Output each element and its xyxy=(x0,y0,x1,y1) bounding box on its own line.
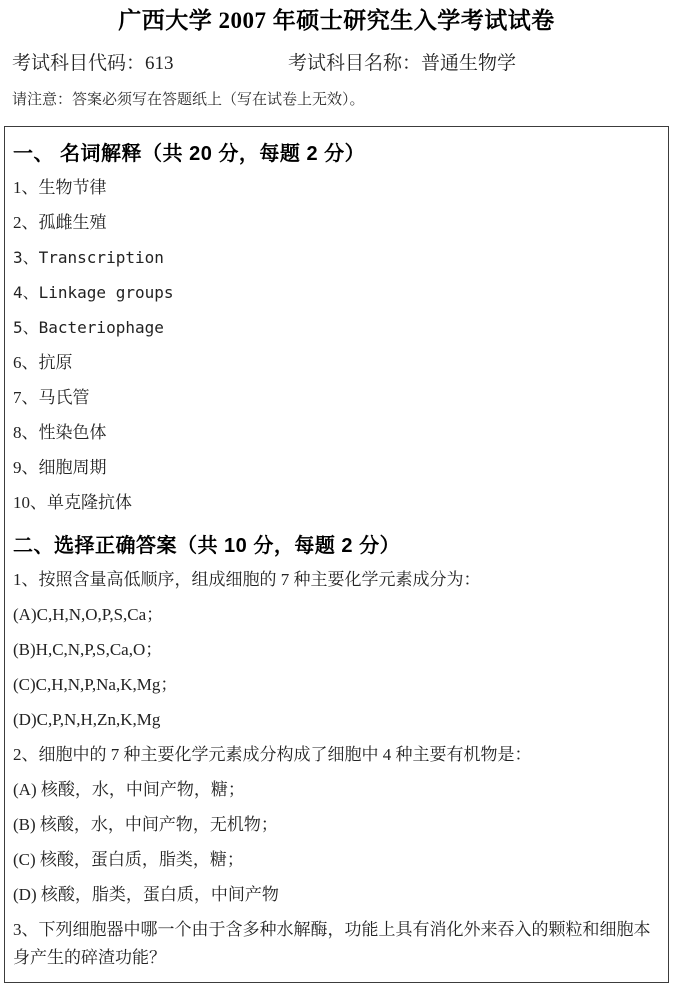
term-item: 3、Transcription xyxy=(13,244,660,272)
question-1: 1、按照含量高低顺序，组成细胞的 7 种主要化学元素成分为： (A)C,H,N,… xyxy=(11,566,660,734)
exam-content-box: 一、 名词解释（共 20 分，每题 2 分） 1、生物节律 2、孤雌生殖 3、T… xyxy=(4,126,669,983)
term-item: 6、抗原 xyxy=(13,349,660,377)
page-title: 广西大学 2007 年硕士研究生入学考试试卷 xyxy=(0,6,673,36)
question-stem: 1、按照含量高低顺序，组成细胞的 7 种主要化学元素成分为： xyxy=(13,566,660,594)
term-item: 4、Linkage groups xyxy=(13,279,660,307)
term-list: 1、生物节律 2、孤雌生殖 3、Transcription 4、Linkage … xyxy=(11,174,660,517)
subject-code: 考试科目代码：613 xyxy=(12,53,288,75)
term-item: 1、生物节律 xyxy=(13,174,660,202)
question-stem: 3、下列细胞器中哪一个由于含多种水解酶，功能上具有消化外来吞入的颗粒和细胞本身产… xyxy=(13,916,660,972)
subject-name: 考试科目名称：普通生物学 xyxy=(288,53,516,74)
option-line: (D) 核酸，脂类，蛋白质，中间产物 xyxy=(13,881,660,909)
option-line: (C) 核酸，蛋白质，脂类，糖； xyxy=(13,846,660,874)
option-line: (A)C,H,N,O,P,S,Ca； xyxy=(13,601,660,629)
option-line: (A) 核酸，水，中间产物，糖； xyxy=(13,776,660,804)
term-item: 10、单克隆抗体 xyxy=(13,489,660,517)
term-item: 8、性染色体 xyxy=(13,419,660,447)
option-line: (B)H,C,N,P,S,Ca,O； xyxy=(13,636,660,664)
term-item: 5、Bacteriophage xyxy=(13,314,660,342)
option-line: (D)C,P,N,H,Zn,K,Mg xyxy=(13,706,660,734)
exam-paper-page: 广西大学 2007 年硕士研究生入学考试试卷 考试科目代码：613考试科目名称：… xyxy=(0,6,673,989)
question-3: 3、下列细胞器中哪一个由于含多种水解酶，功能上具有消化外来吞入的颗粒和细胞本身产… xyxy=(11,916,660,972)
term-item: 9、细胞周期 xyxy=(13,454,660,482)
section-terms-heading: 一、 名词解释（共 20 分，每题 2 分） xyxy=(13,141,660,167)
section-choice-heading: 二、选择正确答案（共 10 分，每题 2 分） xyxy=(13,533,660,559)
option-line: (B) 核酸，水，中间产物，无机物； xyxy=(13,811,660,839)
subject-info-row: 考试科目代码：613考试科目名称：普通生物学 xyxy=(12,53,673,75)
question-stem: 2、细胞中的 7 种主要化学元素成分构成了细胞中 4 种主要有机物是： xyxy=(13,741,660,769)
term-item: 7、马氏管 xyxy=(13,384,660,412)
term-item: 2、孤雌生殖 xyxy=(13,209,660,237)
option-line: (C)C,H,N,P,Na,K,Mg； xyxy=(13,671,660,699)
question-2: 2、细胞中的 7 种主要化学元素成分构成了细胞中 4 种主要有机物是： (A) … xyxy=(11,741,660,909)
notice-text: 请注意：答案必须写在答题纸上（写在试卷上无效）。 xyxy=(12,91,673,109)
